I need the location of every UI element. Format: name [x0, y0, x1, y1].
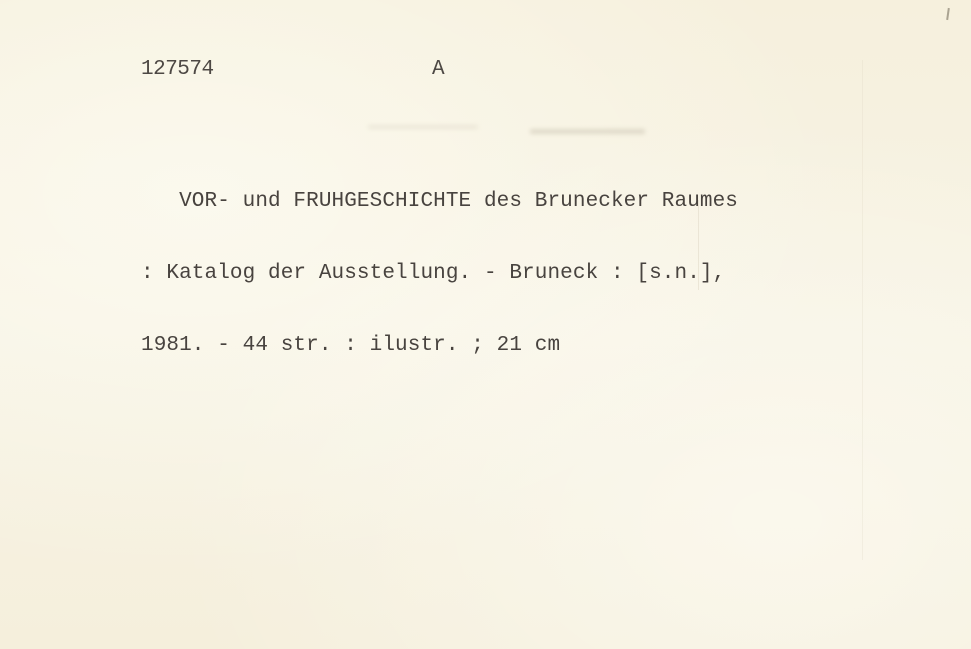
- catalog-card: 127574 A VOR- und FRUHGESCHICHTE des Bru…: [0, 0, 971, 649]
- pencil-mark: [946, 8, 950, 20]
- bibliographic-entry: VOR- und FRUHGESCHICHTE des Brunecker Ra…: [141, 142, 738, 406]
- entry-line-description: 1981. - 44 str. : ilustr. ; 21 cm: [141, 334, 738, 358]
- paper-crease: [862, 60, 863, 560]
- entry-line-publication: : Katalog der Ausstellung. - Bruneck : […: [141, 262, 738, 286]
- entry-line-title: VOR- und FRUHGESCHICHTE des Brunecker Ra…: [141, 190, 738, 214]
- smudge-mark: [530, 129, 645, 134]
- shelf-letter: A: [432, 58, 445, 81]
- smudge-mark: [368, 125, 478, 129]
- call-number: 127574: [141, 58, 214, 81]
